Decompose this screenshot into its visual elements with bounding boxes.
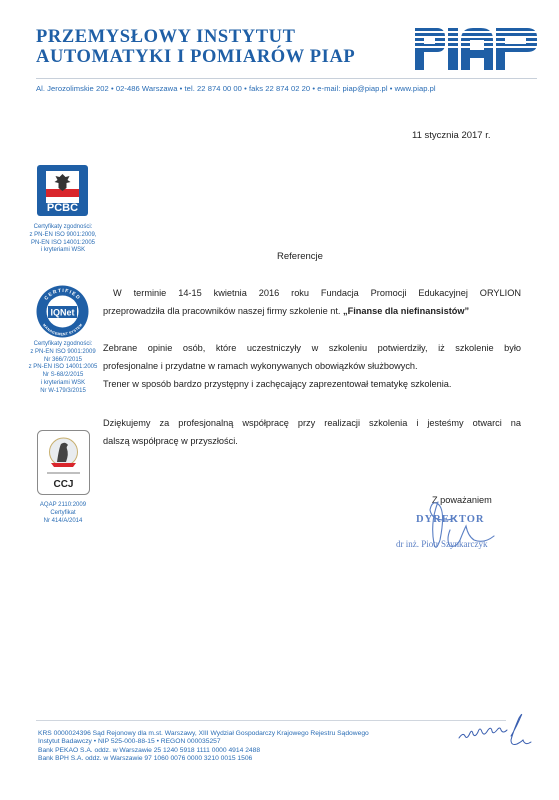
paragraph-1: W terminie 14-15 kwietnia 2016 roku Fund… bbox=[103, 284, 521, 320]
pcbc-certificate-caption: Certyfikaty zgodności: z PN-EN ISO 9001:… bbox=[8, 224, 118, 255]
handwritten-signature-icon bbox=[400, 490, 510, 560]
ccj-certificate-caption: AQAP 2110:2009 Certyfikat Nr 414/A/2014 bbox=[8, 502, 118, 525]
paragraph-3: Dziękujemy za profesjonalną współpracę p… bbox=[103, 414, 521, 450]
paragraph-3-line-1: Dziękujemy za profesjonalną współpracę p… bbox=[103, 414, 521, 432]
institution-name: PRZEMYSŁOWY INSTYTUT AUTOMATYKI I POMIAR… bbox=[36, 27, 355, 67]
paragraph-2: Zebrane opinie osób, które uczestniczyły… bbox=[103, 339, 521, 393]
paragraph-2-line-3: Trener w sposób bardzo przystępny i zach… bbox=[103, 375, 521, 393]
initials-signature-icon bbox=[455, 712, 545, 752]
paragraph-2-line-1: Zebrane opinie osób, które uczestniczyły… bbox=[103, 339, 521, 357]
svg-text:PCBC: PCBC bbox=[47, 202, 78, 214]
piap-logo-icon bbox=[415, 28, 537, 70]
paragraph-2-line-2: profesjonalne i przydatne w ramach wykon… bbox=[103, 357, 521, 375]
header-divider bbox=[36, 78, 537, 79]
footer-divider bbox=[36, 720, 506, 721]
pcbc-logo-icon: PCBC bbox=[37, 165, 88, 216]
footer-line-4: Bank BPH S.A. oddz. w Warszawie 97 1060 … bbox=[38, 755, 369, 763]
institution-name-line2: AUTOMATYKI I POMIARÓW PIAP bbox=[36, 47, 355, 67]
contact-line: Al. Jerozolimskie 202 • 02-486 Warszawa … bbox=[36, 84, 436, 93]
ccj-logo-icon: CCJ bbox=[37, 430, 90, 495]
letter-title: Referencje bbox=[277, 251, 323, 262]
svg-text:CCJ: CCJ bbox=[53, 479, 73, 490]
footer-line-2: Instytut Badawczy • NIP 525-000-88-15 • … bbox=[38, 738, 369, 746]
letter-date: 11 stycznia 2017 r. bbox=[412, 130, 491, 141]
paragraph-1-line-2: przeprowadziła dla pracowników naszej fi… bbox=[103, 306, 469, 316]
footer-registration-info: KRS 0000024396 Sąd Rejonowy dla m.st. Wa… bbox=[38, 730, 369, 764]
footer-line-3: Bank PEKAO S.A. oddz. w Warszawie 25 124… bbox=[38, 747, 369, 755]
training-name: „Finanse dla niefinansistów” bbox=[343, 306, 469, 316]
institution-name-line1: PRZEMYSŁOWY INSTYTUT bbox=[36, 27, 355, 47]
paragraph-1-line-1: W terminie 14-15 kwietnia 2016 roku Fund… bbox=[103, 284, 521, 302]
iqnet-logo-icon: IQNet CERTIFIED MANAGEMENT SYSTEM bbox=[35, 284, 90, 339]
svg-text:IQNet: IQNet bbox=[50, 308, 74, 318]
footer-line-1: KRS 0000024396 Sąd Rejonowy dla m.st. Wa… bbox=[38, 730, 369, 738]
paragraph-3-line-2: dalszą współpracę w przyszłości. bbox=[103, 432, 521, 450]
iqnet-certificate-caption: Certyfikaty zgodności: z PN-EN ISO 9001:… bbox=[8, 341, 118, 396]
